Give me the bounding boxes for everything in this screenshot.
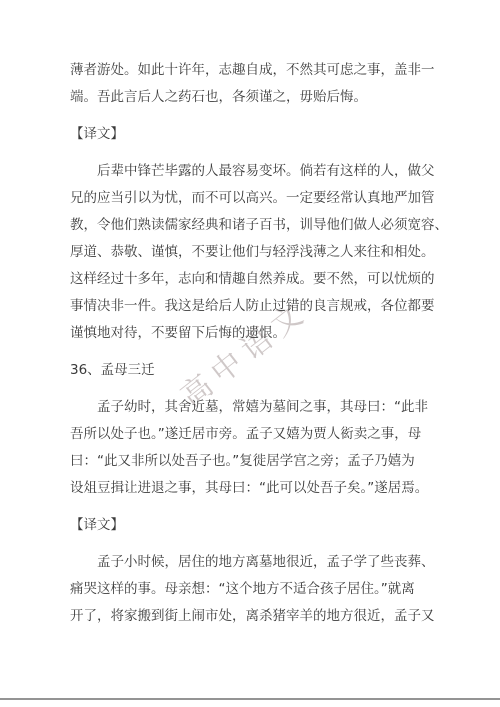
text-line: 孟子幼时，其舍近墓，常嬉为墓间之事，其母曰：“此非 [70,394,438,421]
text-line: 事情决非一件。我这是给后人防止过错的良言规戒，各位都要 [70,293,438,320]
text-line: 薄者游处。如此十许年，志趣自成，不然其可虑之事，盖非一 [70,57,438,84]
document-page: 高中语文 薄者游处。如此十许年，志趣自成，不然其可虑之事，盖非一端。吾此言后人之… [0,0,500,707]
translation-label-1-text: 【译文】 [70,121,438,148]
text-line: 痛哭这样的事。母亲想：“这个地方不适合孩子居住。”就离 [70,576,438,603]
text-line: 孟子小时候，居住的地方离墓地很近，孟子学了些丧葬、 [70,549,438,576]
text-line: 开了，将家搬到街上闹市处，离杀猪宰羊的地方很近，孟子又 [70,603,438,630]
text-line: 兄的应当引以为忧，而不可以高兴。一定要经常认真地严加管 [70,185,438,212]
paragraph-translation-1: 后辈中锋芒毕露的人最容易变坏。倘若有这样的人，做父兄的应当引以为忧，而不可以高兴… [70,158,438,347]
paragraph-classical-mengmu: 孟子幼时，其舍近墓，常嬉为墓间之事，其母曰：“此非吾所以处子也。”遂迁居市旁。孟… [70,394,438,502]
page-bottom-edge-line [0,698,500,700]
text-line: 端。吾此言后人之药石也，各须谨之，毋贻后悔。 [70,84,438,111]
text-line: 谨慎地对待，不要留下后悔的遗恨。 [70,320,438,347]
text-line: 厚道、恭敬、谨慎，不要让他们与轻浮浅薄之人来往和相处。 [70,239,438,266]
text-line: 教，令他们熟读儒家经典和诸子百书，训导他们做人必须宽容、 [70,212,438,239]
section-heading-36: 36、孟母三迁 [70,357,438,384]
text-line: 曰：“此又非所以处吾子也。”复徙居学宫之旁；孟子乃嬉为 [70,448,438,475]
paragraph-classical-continuation: 薄者游处。如此十许年，志趣自成，不然其可虑之事，盖非一端。吾此言后人之药石也，各… [70,57,438,111]
text-line: 后辈中锋芒毕露的人最容易变坏。倘若有这样的人，做父 [70,158,438,185]
paragraph-translation-2: 孟子小时候，居住的地方离墓地很近，孟子学了些丧葬、痛哭这样的事。母亲想：“这个地… [70,549,438,630]
translation-label-1: 【译文】 [70,121,438,148]
section-heading-36-text: 36、孟母三迁 [70,357,438,384]
translation-label-2: 【译文】 [70,512,438,539]
text-line: 这样经过十多年，志向和情趣自然养成。要不然，可以忧烦的 [70,266,438,293]
text-line: 吾所以处子也。”遂迁居市旁。孟子又嬉为贾人衒卖之事，母 [70,421,438,448]
text-line: 设俎豆揖让进退之事，其母曰：“此可以处吾子矣。”遂居焉。 [70,475,438,502]
translation-label-2-text: 【译文】 [70,512,438,539]
document-content: 薄者游处。如此十许年，志趣自成，不然其可虑之事，盖非一端。吾此言后人之药石也，各… [70,57,438,640]
